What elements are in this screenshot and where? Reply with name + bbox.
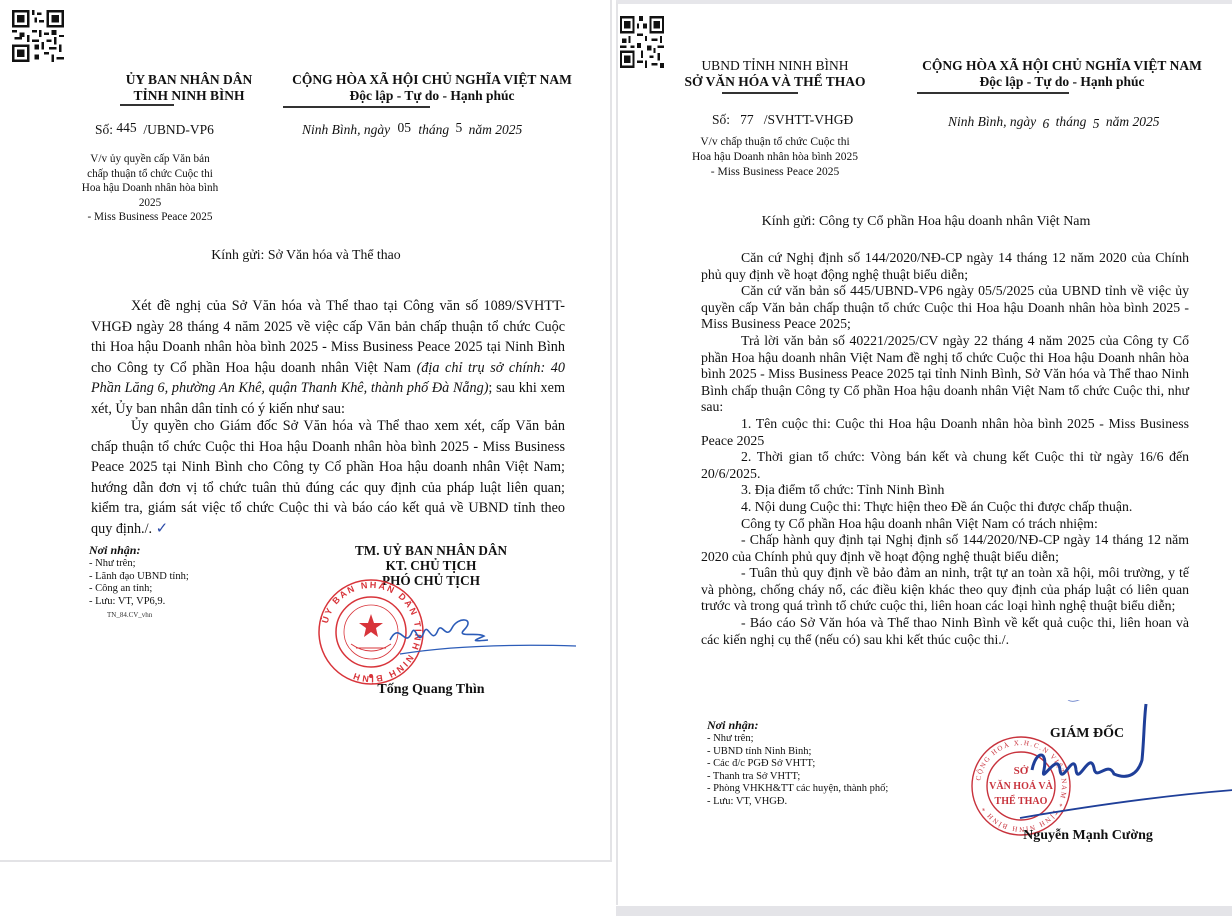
national-header: CỘNG HÒA XÃ HỘI CHỦ NGHĨA VIỆT NAM Độc l… — [902, 58, 1222, 90]
recipient-line: Kính gửi: Công ty Cổ phần Hoa hậu doanh … — [618, 214, 1232, 230]
document-number: Số: 77 /SVHTT-VHGĐ — [712, 112, 853, 128]
body-content: Căn cứ Nghị định số 144/2020/NĐ-CP ngày … — [701, 250, 1189, 648]
number-value: 445 — [116, 120, 136, 135]
initial-mark-icon: ✓ — [156, 521, 169, 537]
receivers-block: Nơi nhận: - Như trên; - Lãnh đạo UBND tỉ… — [89, 543, 269, 619]
issuer-line-2: TỈNH NINH BÌNH — [86, 88, 292, 104]
file-code: TN_84.CV_vhn — [107, 611, 269, 619]
receivers-title: Nơi nhận: — [89, 543, 269, 558]
national-line-2: Độc lập - Tự do - Hạnh phúc — [272, 88, 592, 104]
paragraph: 3. Địa điểm tổ chức: Tỉnh Ninh Bình — [701, 482, 1189, 499]
national-line-2: Độc lập - Tự do - Hạnh phúc — [902, 74, 1222, 90]
signer-name: Nguyễn Mạnh Cường — [988, 828, 1188, 844]
date-day: 05 — [398, 120, 412, 135]
national-line-1: CỘNG HÒA XÃ HỘI CHỦ NGHĨA VIỆT NAM — [902, 58, 1222, 74]
handwritten-signature-icon — [1018, 700, 1232, 828]
recipient-line: Kính gửi: Sở Văn hóa và Thể thao — [0, 247, 612, 263]
document-number: Số: 445 /UBND-VP6 — [95, 122, 214, 138]
date-month: 5 — [456, 120, 463, 135]
date-month: 5 — [1093, 116, 1100, 131]
issuer-line-2: SỞ VĂN HÓA VÀ THỂ THAO — [680, 74, 870, 90]
document-date: Ninh Bình, ngày 6 tháng 5 năm 2025 — [948, 114, 1160, 130]
paragraph: - Chấp hành quy định tại Nghị định số 14… — [701, 532, 1189, 565]
issuer-underline — [722, 92, 798, 94]
issuer-header: UBND TỈNH NINH BÌNH SỞ VĂN HÓA VÀ THỂ TH… — [680, 58, 870, 90]
paragraph: 1. Tên cuộc thi: Cuộc thi Hoa hậu Doanh … — [701, 416, 1189, 449]
paragraph-1: Xét đề nghị của Sở Văn hóa và Thể thao t… — [91, 296, 565, 419]
paragraph: Trả lời văn bản số 40221/2025/CV ngày 22… — [701, 333, 1189, 416]
receivers-block: Nơi nhận: - Như trên; - UBND tỉnh Ninh B… — [707, 718, 947, 808]
document-date: Ninh Bình, ngày 05 tháng 5 năm 2025 — [302, 122, 522, 138]
number-value: 77 — [740, 112, 754, 127]
paragraph: Căn cứ Nghị định số 144/2020/NĐ-CP ngày … — [701, 250, 1189, 283]
issuer-line-1: ỦY BAN NHÂN DÂN — [86, 72, 292, 88]
subject-block: V/v chấp thuận tổ chức Cuộc thi Hoa hậu … — [680, 135, 870, 180]
handwritten-signature-icon — [380, 610, 580, 660]
qr-code-icon — [12, 10, 64, 62]
paragraph: Công ty Cổ phần Hoa hậu doanh nhân Việt … — [701, 516, 1189, 533]
document-page-right: UBND TỈNH NINH BÌNH SỞ VĂN HÓA VÀ THỂ TH… — [616, 0, 1232, 905]
qr-code-icon — [620, 16, 664, 68]
subject-block: V/v ủy quyền cấp Văn bản chấp thuận tổ c… — [70, 152, 230, 225]
issuer-line-1: UBND TỈNH NINH BÌNH — [680, 58, 870, 74]
national-header: CỘNG HÒA XÃ HỘI CHỦ NGHĨA VIỆT NAM Độc l… — [272, 72, 592, 104]
document-page-left: ỦY BAN NHÂN DÂN TỈNH NINH BÌNH CỘNG HÒA … — [0, 0, 612, 862]
page-separator-bar — [616, 906, 1232, 916]
signer-name: Tống Quang Thìn — [336, 682, 526, 698]
receivers-title: Nơi nhận: — [707, 718, 947, 733]
motto-underline — [283, 106, 430, 108]
paragraph: Căn cứ văn bản số 445/UBND-VP6 ngày 05/5… — [701, 283, 1189, 333]
national-line-1: CỘNG HÒA XÃ HỘI CHỦ NGHĨA VIỆT NAM — [272, 72, 592, 88]
paragraph: 4. Nội dung Cuộc thi: Thực hiện theo Đề … — [701, 499, 1189, 516]
paragraph: - Báo cáo Sở Văn hóa và Thể thao Ninh Bì… — [701, 615, 1189, 648]
issuer-header: ỦY BAN NHÂN DÂN TỈNH NINH BÌNH — [86, 72, 292, 104]
motto-underline — [917, 92, 1069, 94]
paragraph: 2. Thời gian tổ chức: Vòng bán kết và ch… — [701, 449, 1189, 482]
paragraph: - Tuân thủ quy định về bảo đảm an ninh, … — [701, 565, 1189, 615]
paragraph-2: Ủy quyền cho Giám đốc Sở Văn hóa và Thể … — [91, 416, 565, 539]
issuer-underline — [120, 104, 174, 106]
date-day: 6 — [1043, 116, 1050, 131]
